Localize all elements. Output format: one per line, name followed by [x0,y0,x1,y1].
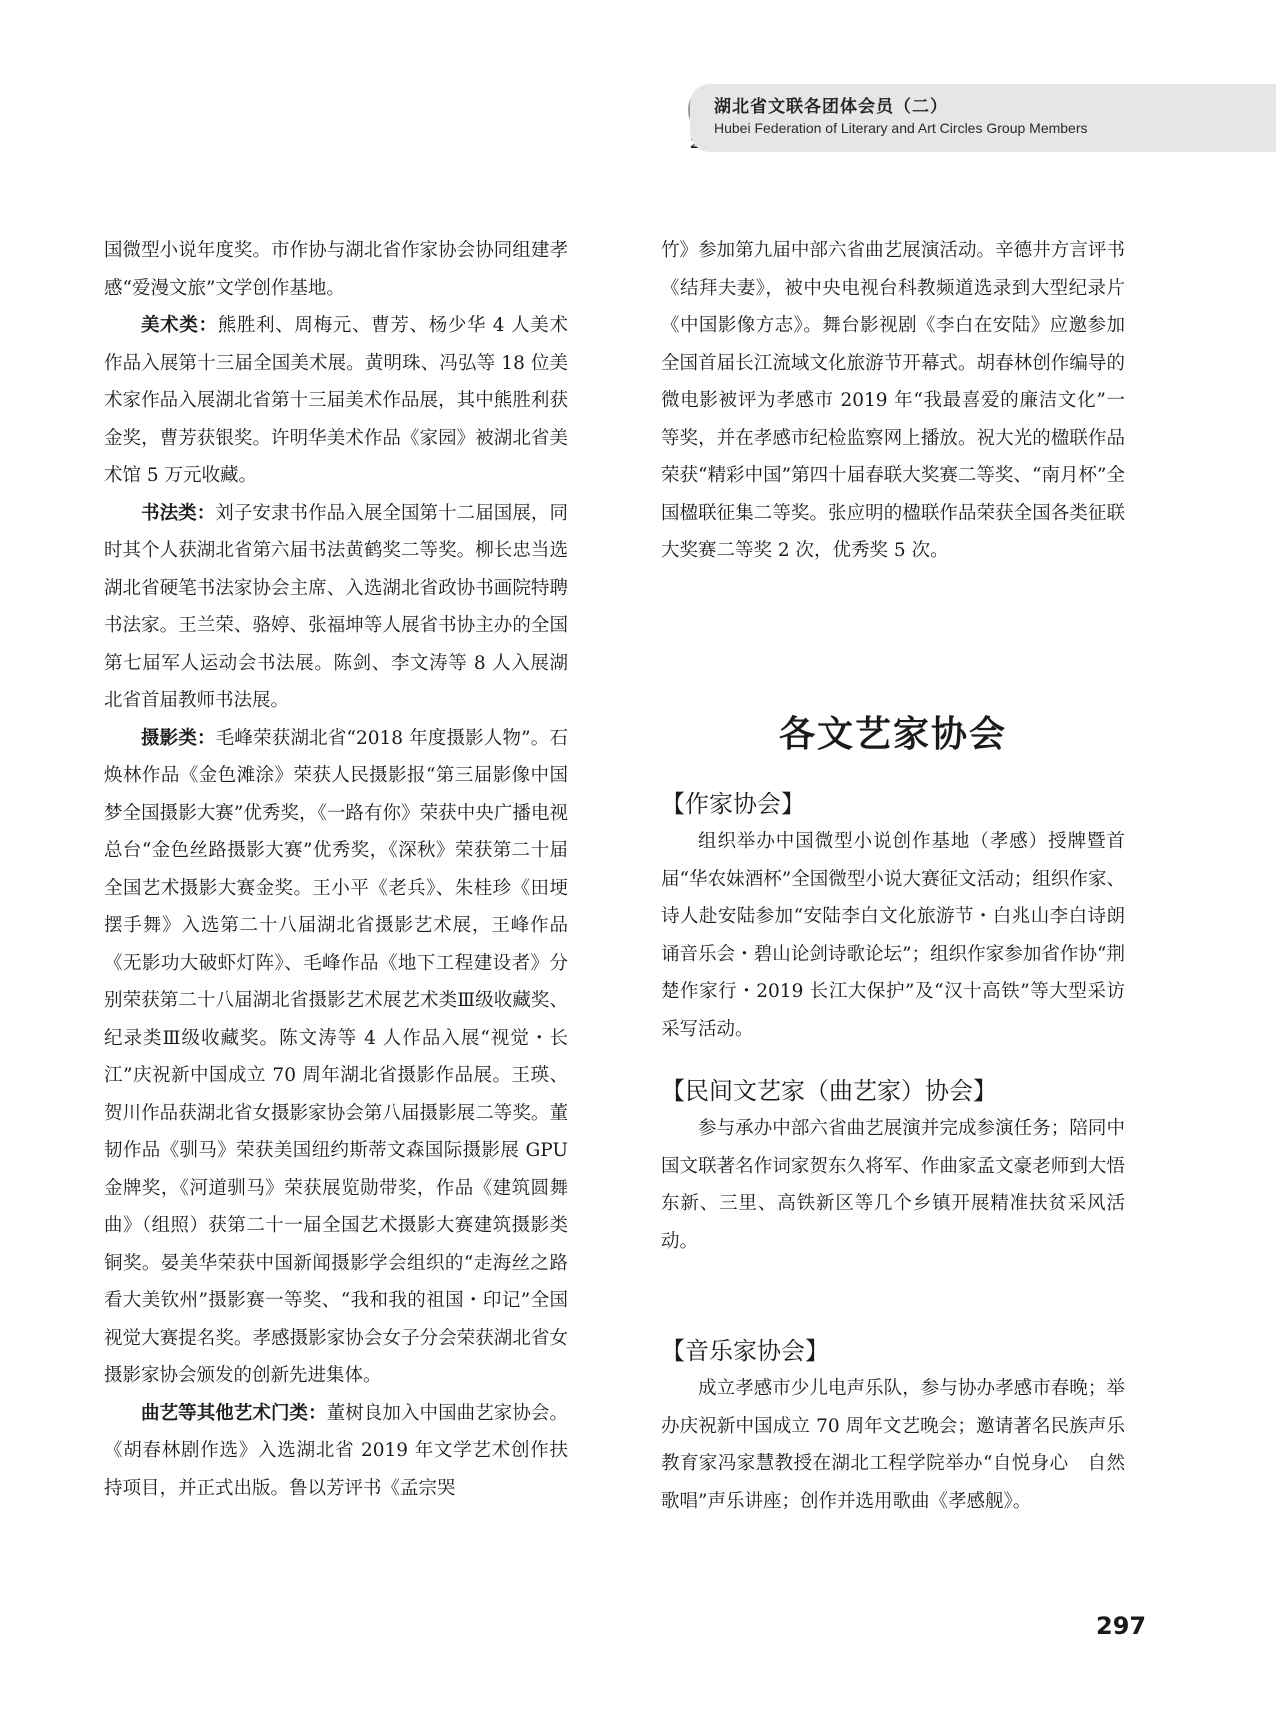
left-column: 国微型小说年度奖。市作协与湖北省作家协会协同组建孝感“爱漫文旅”文学创作基地。 … [104,232,568,1507]
header-title: 湖北省文联各团体会员（二） [714,92,948,117]
association-heading-writers: 【作家协会】 [661,784,805,819]
paragraph-body: 组织举办中国微型小说创作基地（孝感）授牌暨首届“华农妹酒杯”全国微型小说大赛征文… [661,823,1125,1048]
running-header: 湖北省文联各团体会员（二） Hubei Federation of Litera… [690,84,1276,152]
paragraph-body: 参与承办中部六省曲艺展演并完成参演任务；陪同中国文联著名作词家贺东久将军、作曲家… [661,1110,1125,1260]
category-label-calligraphy: 书法类： [141,503,215,524]
association-body-writers: 组织举办中国微型小说创作基地（孝感）授牌暨首届“华农妹酒杯”全国微型小说大赛征文… [661,823,1125,1048]
paragraph-quyi: 曲艺等其他艺术门类：董树良加入中国曲艺家协会。《胡春林剧作选》入选湖北省 201… [104,1395,568,1508]
paragraph-photography: 摄影类：毛峰荣获湖北省“2018 年度摄影人物”。石焕林作品《金色滩涂》荣获人民… [104,720,568,1395]
paragraph-body: 熊胜利、周梅元、曹芳、杨少华 4 人美术作品入展第十三届全国美术展。黄明珠、冯弘… [104,315,568,486]
category-label-fine-arts: 美术类： [141,315,218,336]
paragraph-calligraphy: 书法类：刘子安隶书作品入展全国第十二届国展，同时其个人获湖北省第六届书法黄鹤奖二… [104,495,568,720]
paragraph-body: 成立孝感市少儿电声乐队，参与协办孝感市春晚；举办庆祝新中国成立 70 周年文艺晚… [661,1370,1125,1520]
association-heading-musicians: 【音乐家协会】 [661,1331,829,1366]
paragraph-body: 毛峰荣获湖北省“2018 年度摄影人物”。石焕林作品《金色滩涂》荣获人民摄影报“… [104,728,587,1387]
paragraph-fine-arts: 美术类：熊胜利、周梅元、曹芳、杨少华 4 人美术作品入展第十三届全国美术展。黄明… [104,307,568,495]
section-title: 各文艺家协会 [661,706,1125,757]
association-heading-folk-arts: 【民间文艺家（曲艺家）协会】 [661,1071,997,1106]
association-body-musicians: 成立孝感市少儿电声乐队，参与协办孝感市春晚；举办庆祝新中国成立 70 周年文艺晚… [661,1370,1125,1520]
category-label-quyi: 曲艺等其他艺术门类： [141,1403,327,1424]
page-number: 297 [1096,1612,1146,1640]
category-label-photography: 摄影类： [141,728,216,749]
paragraph-continued: 竹》参加第九届中部六省曲艺展演活动。辛德井方言评书《结拜夫妻》，被中央电视台科教… [661,232,1125,570]
header-subtitle: Hubei Federation of Literary and Art Cir… [714,120,1088,136]
right-column: 竹》参加第九届中部六省曲艺展演活动。辛德井方言评书《结拜夫妻》，被中央电视台科教… [661,232,1125,570]
paragraph-body: 刘子安隶书作品入展全国第十二届国展，同时其个人获湖北省第六届书法黄鹤奖二等奖。柳… [104,503,568,712]
paragraph-continued: 国微型小说年度奖。市作协与湖北省作家协会协同组建孝感“爱漫文旅”文学创作基地。 [104,232,568,307]
association-body-folk-arts: 参与承办中部六省曲艺展演并完成参演任务；陪同中国文联著名作词家贺东久将军、作曲家… [661,1110,1125,1260]
